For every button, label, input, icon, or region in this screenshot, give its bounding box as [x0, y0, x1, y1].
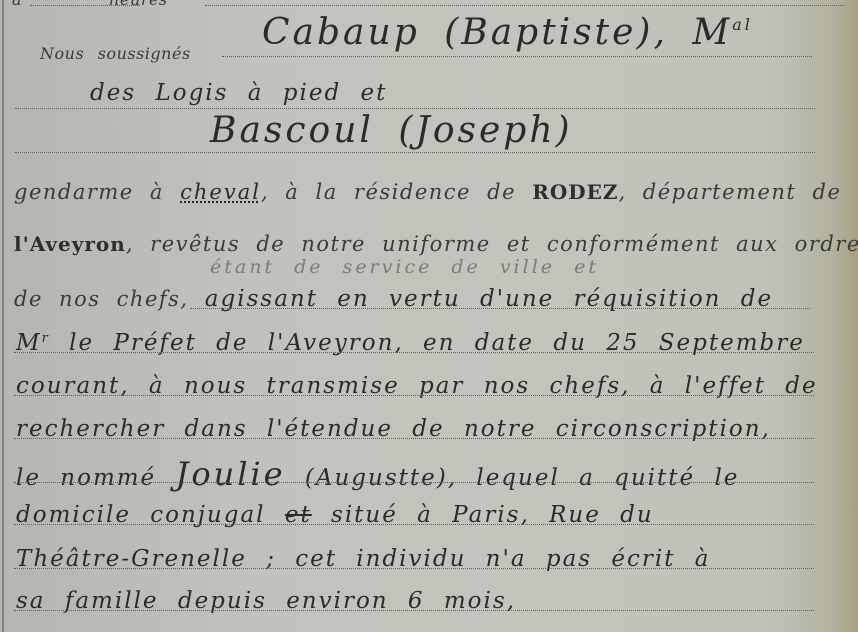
printed-text: , à la résidence de — [261, 180, 516, 204]
handwritten-text: (Augustte), lequel a quitté le — [305, 465, 740, 491]
handwritten-text: des Logis à pied et — [90, 80, 387, 106]
rule-line — [205, 5, 845, 6]
handwritten-superscript: al — [732, 15, 753, 34]
line-2: des Logis à pied et — [90, 80, 387, 106]
paper-edge-shadow — [840, 0, 858, 632]
line-5: l'Aveyron, revêtus de notre uniforme et … — [14, 232, 858, 256]
line-4: gendarme à cheval, à la résidence de ROD… — [14, 180, 841, 204]
rule-line — [15, 152, 815, 153]
line-3: Bascoul (Joseph) — [210, 110, 573, 151]
handwritten-superscript: r — [42, 331, 50, 346]
rule-line — [14, 610, 814, 611]
printed-label: Nous soussignés — [40, 44, 191, 63]
rule-line — [15, 108, 815, 109]
margin-rule — [2, 0, 4, 632]
line-1-handwriting: Cabaup (Baptiste), Mal — [262, 12, 753, 53]
pencil-insertion: étant de service de ville et — [210, 256, 599, 278]
rule-line — [222, 56, 812, 57]
handwritten-fill: cheval — [180, 180, 261, 204]
printed-text: , département de — [618, 180, 841, 204]
handwritten-text: Cabaup (Baptiste), M — [262, 12, 732, 53]
rule-line — [14, 438, 814, 439]
line-10: le nommé Joulie (Augustte), lequel a qui… — [16, 455, 739, 493]
line-1-printed: Nous soussignés — [40, 44, 191, 63]
printed-text: de nos chefs, — [14, 287, 189, 311]
rule-line — [14, 524, 814, 525]
printed-text: gendarme à — [14, 180, 164, 204]
residence-name: RODEZ — [532, 180, 618, 204]
handwritten-text: Bascoul (Joseph) — [210, 110, 573, 151]
rule-line — [30, 5, 140, 6]
printed-text: , revêtus de notre uniforme et conformém… — [126, 232, 858, 256]
handwritten-text: le nommé — [16, 465, 156, 491]
inserted-text: étant de service de ville et — [210, 256, 599, 278]
rule-line — [14, 568, 814, 569]
scanned-document-page: à heures Nous soussignés Cabaup (Baptist… — [0, 0, 858, 632]
person-name: Joulie — [175, 455, 285, 493]
printed-text: à — [12, 0, 22, 9]
rule-line — [14, 352, 814, 353]
rule-line — [14, 395, 814, 396]
department-name: l'Aveyron — [14, 232, 126, 256]
rule-line — [190, 308, 810, 309]
rule-line — [14, 482, 814, 483]
